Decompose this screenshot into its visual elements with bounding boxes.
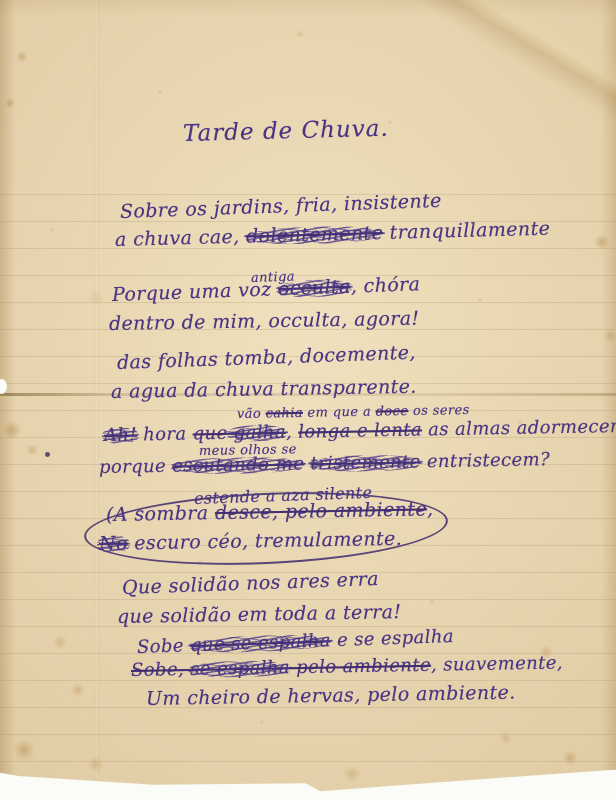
crossed-out-word: desce, pelo ambiente bbox=[215, 498, 427, 524]
poem-line: das folhas tomba, docemente, bbox=[117, 342, 417, 374]
crossed-out-word: tristemente bbox=[310, 451, 421, 474]
poem-line: Que solidão nos ares erra bbox=[122, 568, 380, 599]
crossed-out-word: pelo ambiente bbox=[290, 655, 431, 678]
crossed-out-word: galha bbox=[227, 422, 286, 444]
crossed-out-word: No bbox=[99, 532, 128, 555]
poem-line: a chuva cae, dolentemente tranquillament… bbox=[115, 218, 551, 251]
crossed-out-word: occulta bbox=[278, 276, 352, 301]
corner-crease bbox=[372, 0, 616, 172]
poem-line: Porque uma voz occulta, chóra bbox=[112, 273, 421, 306]
crossed-out-word: dolentemente bbox=[246, 222, 384, 248]
poem-title: Tarde de Chuva. bbox=[183, 116, 389, 147]
manuscript-page: Tarde de Chuva. Sobre os jardins, fria, … bbox=[0, 0, 616, 800]
vertical-fold-crease bbox=[94, 0, 99, 800]
poem-line: que solidão em toda a terra! bbox=[117, 601, 402, 628]
ink-blot bbox=[45, 452, 50, 457]
poem-line: a agua da chuva transparente. bbox=[111, 376, 417, 403]
crossed-out-word: cahia bbox=[266, 406, 304, 422]
crossed-out-word: longa e lenta bbox=[298, 419, 422, 442]
crossed-out-word: doce bbox=[376, 404, 409, 420]
poem-line: porque escutando-me tristemente entriste… bbox=[99, 449, 550, 478]
paper-tear bbox=[0, 379, 7, 394]
crossed-out-word: Ah! bbox=[104, 424, 137, 446]
crossed-out-word: que bbox=[192, 423, 227, 445]
crossed-out-word: escutando-me bbox=[172, 453, 304, 476]
crossed-out-word: se espalha bbox=[190, 657, 290, 680]
poem-line: Um cheiro de hervas, pelo ambiente. bbox=[146, 682, 516, 710]
crossed-out-word: que se espalha bbox=[190, 630, 332, 656]
poem-line: dentro de mim, occulta, agora! bbox=[109, 308, 420, 335]
poem-line: Sobe, se espalha pelo ambiente, suavemen… bbox=[131, 652, 563, 681]
scanned-manuscript: Tarde de Chuva. Sobre os jardins, fria, … bbox=[0, 0, 616, 800]
poem-line: Sobre os jardins, fria, insistente bbox=[120, 190, 442, 223]
crossed-out-word: Sobe, bbox=[131, 659, 191, 681]
poem-line: Sobe que se espalha e se espalha bbox=[137, 626, 455, 658]
poem-line: Ah! hora que galha, longa e lenta as alm… bbox=[104, 416, 616, 446]
